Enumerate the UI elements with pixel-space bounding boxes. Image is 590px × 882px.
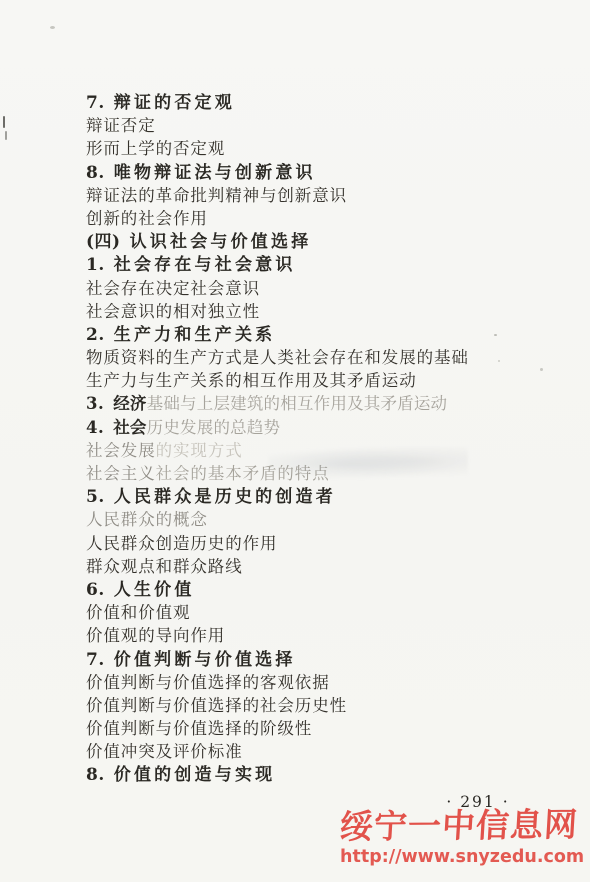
toc-line-text: 物质资料的生产方式是人类社会存在和发展的基础 (86, 348, 469, 367)
toc-line-text: 社会 (113, 418, 146, 437)
toc-line-number: 7. (86, 650, 105, 670)
scan-speck (498, 360, 500, 362)
toc-line: 辩证法的革命批判精神与创新意识 (86, 184, 546, 207)
toc-line-number: 2. (86, 325, 105, 345)
toc-line-text: 社会主义 (86, 464, 156, 483)
toc-line-text: 认识社会与价值选择 (130, 232, 312, 252)
toc-line-text: 社会发展 (86, 441, 156, 460)
toc-line: 社会意识的相对独立性 (86, 300, 546, 323)
scan-speck (494, 334, 497, 336)
toc-line-number: (四) (86, 232, 121, 252)
toc-line: 形而上学的否定观 (86, 137, 546, 160)
toc-line-text: 社会存在决定社会意识 (86, 279, 260, 298)
toc-line-number: 8. (86, 163, 105, 183)
toc-line-text: 唯物辩证法与创新意识 (114, 163, 316, 183)
toc-line: 8.价值的创造与实现 (86, 763, 546, 786)
toc-line: 人民群众的概念 (86, 508, 546, 531)
watermark-url: http://www.snyzedu.com (340, 847, 578, 867)
toc-line-text: 价值冲突及评价标准 (86, 742, 243, 761)
toc-line-text: 价值的创造与实现 (114, 765, 276, 785)
toc-line-text: 基础与上层建筑的相互作用及其矛盾运动 (147, 394, 448, 413)
toc-line: 4.社会历史发展的总趋势 (86, 416, 546, 439)
toc-line-text: 人民群众的概念 (86, 510, 208, 529)
toc-line-text: 经济 (113, 394, 146, 413)
toc-line: 人民群众创造历史的作用 (86, 532, 546, 555)
toc-line: 创新的社会作用 (86, 207, 546, 230)
toc-line: 7.辩证的否定观 (86, 91, 546, 114)
toc-line: 2.生产力和生产关系 (86, 323, 546, 346)
toc-line-text: 群众观点和群众路线 (86, 557, 243, 576)
toc-line-text: 辩证法的革命批判精神与创新意识 (86, 186, 347, 205)
scan-speck (50, 26, 55, 29)
toc-line-text: 价值判断与价值选择的客观依据 (86, 673, 330, 692)
toc-line: 8.唯物辩证法与创新意识 (86, 161, 546, 184)
toc-line-text: 历史发展的总趋势 (147, 418, 281, 437)
toc-line-text: 形而上学的否定观 (86, 139, 225, 158)
toc-line-number: 7. (86, 93, 105, 113)
toc-line: 价值判断与价值选择的阶级性 (86, 717, 546, 740)
toc-line: (四)认识社会与价值选择 (86, 230, 546, 253)
watermark-site-name: 绥宁一中信息网 (339, 805, 580, 847)
toc-line: 7.价值判断与价值选择 (86, 648, 546, 671)
toc-line-text: 社会意识的相对独立性 (86, 302, 260, 321)
toc-line: 5.人民群众是历史的创造者 (86, 485, 546, 508)
scan-edge-mark (5, 131, 7, 140)
toc-line: 生产力与生产关系的相互作用及其矛盾运动 (86, 369, 546, 392)
toc-line: 价值判断与价值选择的社会历史性 (86, 694, 546, 717)
toc-line-text: 辩证的否定观 (114, 93, 235, 113)
toc-line-number: 5. (86, 487, 105, 507)
toc-line-text: 生产力与生产关系的相互作用及其矛盾运动 (86, 371, 417, 390)
toc-line: 社会存在决定社会意识 (86, 277, 546, 300)
toc-line-text: 人民群众是历史的创造者 (114, 487, 336, 507)
toc-line: 1.社会存在与社会意识 (86, 253, 546, 276)
toc-line-text: 价值判断与价值选择 (114, 650, 296, 670)
bleed-through-artifact (268, 447, 468, 481)
scanned-book-page: 7.辩证的否定观辩证否定形而上学的否定观8.唯物辩证法与创新意识辩证法的革命批判… (0, 0, 590, 882)
toc-outline: 7.辩证的否定观辩证否定形而上学的否定观8.唯物辩证法与创新意识辩证法的革命批判… (86, 91, 546, 787)
toc-line-text: 价值和价值观 (86, 603, 190, 622)
toc-line-text: 生产力和生产关系 (114, 325, 276, 345)
toc-line: 价值和价值观 (86, 601, 546, 624)
toc-line: 6.人生价值 (86, 578, 546, 601)
toc-line-text: 辩证否定 (86, 116, 156, 135)
toc-line-text: 价值观的导向作用 (86, 626, 225, 645)
scan-speck (540, 368, 543, 371)
toc-line: 价值冲突及评价标准 (86, 740, 546, 763)
toc-line-text: 创新的社会作用 (86, 209, 208, 228)
toc-line-number: 6. (86, 580, 105, 600)
watermark: 绥宁一中信息网 http://www.snyzedu.com (340, 806, 578, 867)
toc-line: 3.经济基础与上层建筑的相互作用及其矛盾运动 (86, 392, 546, 415)
toc-line: 价值观的导向作用 (86, 624, 546, 647)
toc-line-text: 社会存在与社会意识 (114, 255, 296, 275)
toc-line-text: 人生价值 (114, 580, 195, 600)
toc-line: 价值判断与价值选择的客观依据 (86, 671, 546, 694)
toc-line: 群众观点和群众路线 (86, 555, 546, 578)
scan-edge-mark (3, 116, 5, 128)
toc-line-number: 3. (86, 394, 104, 413)
toc-line-text: 的实现方式 (156, 441, 243, 460)
toc-line-text: 价值判断与价值选择的阶级性 (86, 719, 312, 738)
toc-line-text: 价值判断与价值选择的社会历史性 (86, 696, 347, 715)
toc-line-text: 人民群众创造历史的作用 (86, 534, 277, 553)
toc-line-number: 1. (86, 255, 105, 275)
toc-line: 辩证否定 (86, 114, 546, 137)
toc-line-number: 8. (86, 765, 105, 785)
toc-line-number: 4. (86, 418, 104, 437)
toc-line: 物质资料的生产方式是人类社会存在和发展的基础 (86, 346, 546, 369)
